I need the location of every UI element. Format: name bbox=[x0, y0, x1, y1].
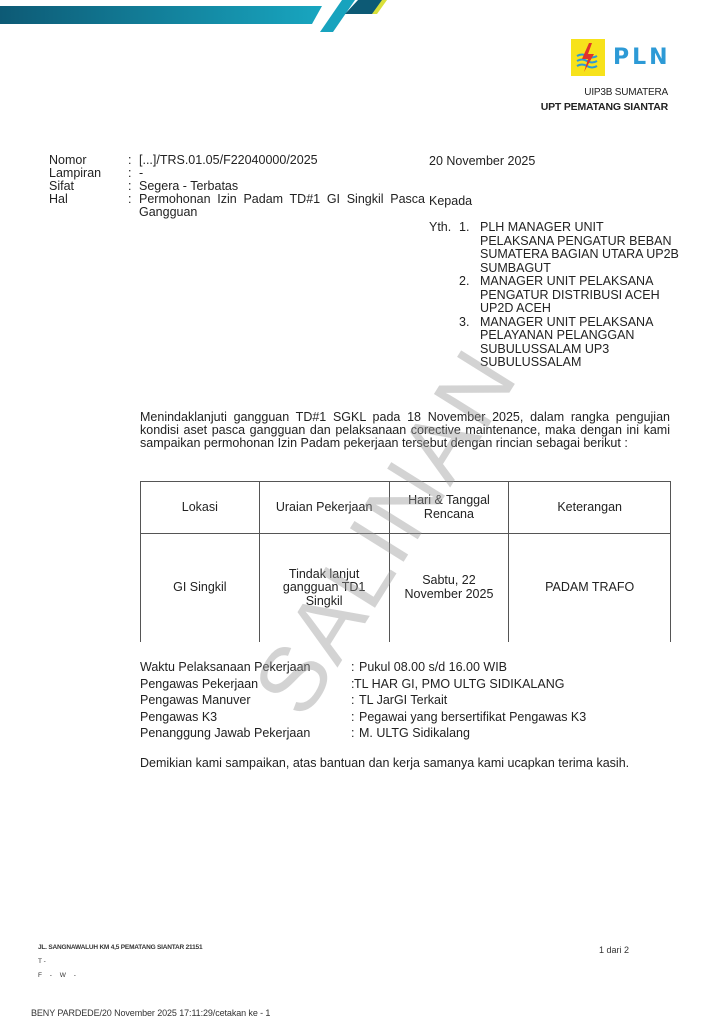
column-header: Uraian Pekerjaan bbox=[259, 482, 389, 534]
table-row: GI Singkil Tindak lanjut gangguan TD1 Si… bbox=[141, 534, 671, 642]
detail-label: Waktu Pelaksanaan Pekerjaan bbox=[140, 659, 351, 676]
letter-meta: Nomor : [...]/TRS.01.05/F22040000/2025 L… bbox=[49, 154, 425, 219]
detail-label: Pengawas K3 bbox=[140, 709, 351, 726]
sub-unit-name: UPT PEMATANG SIANTAR bbox=[541, 101, 668, 113]
detail-label: Pengawas Manuver bbox=[140, 692, 351, 709]
meta-row-nomor: Nomor : [...]/TRS.01.05/F22040000/2025 bbox=[49, 154, 425, 167]
list-item: Pengawas Pekerjaan : TL HAR GI, PMO ULTG… bbox=[140, 676, 586, 693]
detail-value: Pegawai yang bersertifikat Pengawas K3 bbox=[359, 709, 586, 726]
column-header: Keterangan bbox=[509, 482, 671, 534]
meta-row-hal: Hal : Permohonan Izin Padam TD#1 GI Sing… bbox=[49, 193, 425, 219]
table-cell: Tindak lanjut gangguan TD1 Singkil bbox=[259, 534, 389, 642]
work-details-table: Lokasi Uraian Pekerjaan Hari & Tanggal R… bbox=[140, 481, 671, 642]
recipient-number: 3. bbox=[459, 316, 480, 370]
list-item: Penanggung Jawab Pekerjaan : M. ULTG Sid… bbox=[140, 725, 586, 742]
table-cell: PADAM TRAFO bbox=[509, 534, 671, 642]
footer-phone: T - bbox=[38, 958, 46, 965]
meta-colon: : bbox=[128, 193, 139, 219]
detail-value: TL HAR GI, PMO ULTG SIDIKALANG bbox=[354, 676, 564, 693]
column-header: Lokasi bbox=[141, 482, 260, 534]
footer-fax-web: F - W - bbox=[38, 972, 76, 979]
recipient-name: MANAGER UNIT PELAKSANA PENGATUR DISTRIBU… bbox=[480, 275, 680, 316]
table-header-row: Lokasi Uraian Pekerjaan Hari & Tanggal R… bbox=[141, 482, 671, 534]
list-item: 2. MANAGER UNIT PELAKSANA PENGATUR DISTR… bbox=[429, 275, 680, 316]
table-cell: Sabtu, 22 November 2025 bbox=[389, 534, 509, 642]
brand-name: PLN bbox=[613, 45, 671, 70]
lightning-icon bbox=[571, 39, 605, 76]
detail-value: Pukul 08.00 s/d 16.00 WIB bbox=[359, 659, 507, 676]
detail-value: TL JarGI Terkait bbox=[359, 692, 447, 709]
recipient-name: MANAGER UNIT PELAKSANA PELAYANAN PELANGG… bbox=[480, 316, 680, 370]
header-decorative-bar bbox=[0, 0, 720, 36]
list-item: Pengawas Manuver : TL JarGI Terkait bbox=[140, 692, 586, 709]
detail-label: Penanggung Jawab Pekerjaan bbox=[140, 725, 351, 742]
list-item: Yth. 1. PLH MANAGER UNIT PELAKSANA PENGA… bbox=[429, 221, 680, 275]
meta-value: Permohonan Izin Padam TD#1 GI Singkil Pa… bbox=[139, 193, 425, 219]
addressee-heading: Kepada bbox=[429, 194, 472, 208]
work-assignments: Waktu Pelaksanaan Pekerjaan : Pukul 08.0… bbox=[140, 659, 586, 742]
closing-sentence: Demikian kami sampaikan, atas bantuan da… bbox=[140, 756, 629, 770]
meta-value: [...]/TRS.01.05/F22040000/2025 bbox=[139, 154, 425, 167]
pln-logo: PLN bbox=[571, 38, 671, 76]
detail-value: M. ULTG Sidikalang bbox=[359, 725, 470, 742]
page-number: 1 dari 2 bbox=[599, 945, 629, 955]
letter-date: 20 November 2025 bbox=[429, 154, 535, 168]
list-item: 3. MANAGER UNIT PELAKSANA PELAYANAN PELA… bbox=[429, 316, 680, 370]
meta-label: Hal bbox=[49, 193, 128, 219]
recipient-name: PLH MANAGER UNIT PELAKSANA PENGATUR BEBA… bbox=[480, 221, 680, 275]
body-paragraph: Menindaklanjuti gangguan TD#1 SGKL pada … bbox=[140, 411, 670, 451]
table-cell: GI Singkil bbox=[141, 534, 260, 642]
column-header: Hari & Tanggal Rencana bbox=[389, 482, 509, 534]
recipient-list: Yth. 1. PLH MANAGER UNIT PELAKSANA PENGA… bbox=[429, 221, 680, 370]
footer-address: JL. SANGNAWALUH KM 4,5 PEMATANG SIANTAR … bbox=[38, 944, 202, 951]
list-item: Waktu Pelaksanaan Pekerjaan : Pukul 08.0… bbox=[140, 659, 586, 676]
recipient-number: 2. bbox=[459, 275, 480, 316]
detail-label: Pengawas Pekerjaan bbox=[140, 676, 351, 693]
list-item: Pengawas K3 : Pegawai yang bersertifikat… bbox=[140, 709, 586, 726]
unit-name: UIP3B SUMATERA bbox=[584, 87, 668, 98]
recipient-number: 1. bbox=[459, 221, 480, 275]
print-stamp: BENY PARDEDE/20 November 2025 17:11:29/c… bbox=[31, 1008, 270, 1018]
yth-label: Yth. bbox=[429, 221, 459, 275]
